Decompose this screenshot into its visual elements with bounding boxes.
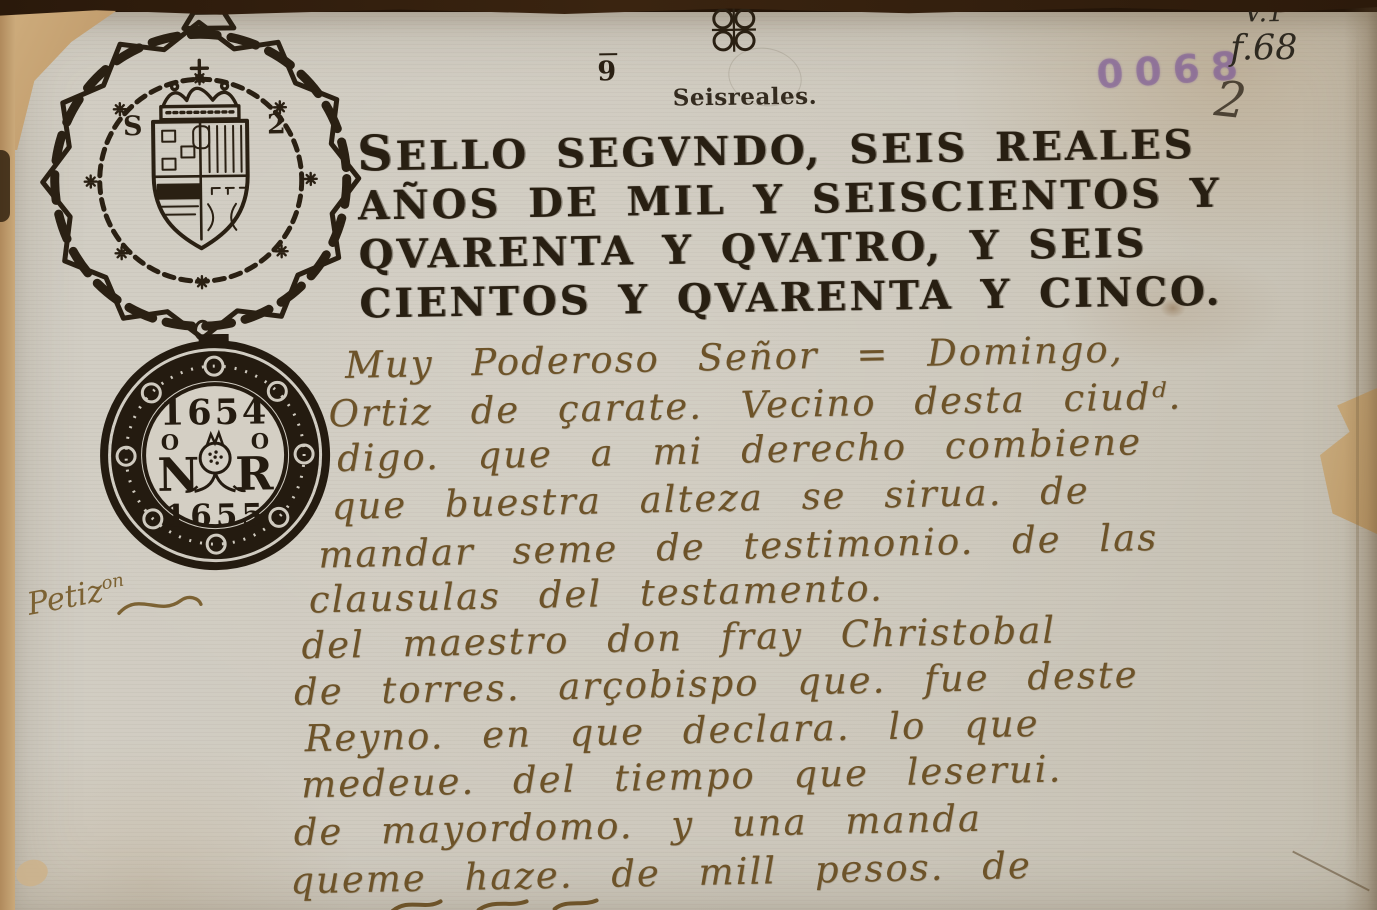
folio-macron — [599, 53, 617, 55]
royal-armorial-seal: S 2 — [34, 6, 370, 354]
margin-note-text: Petiz — [24, 573, 106, 623]
stamp-letter-r: R — [235, 446, 275, 500]
stamp-year-bottom: 1655 — [164, 497, 267, 534]
folio-numeral-text: 9 — [597, 56, 616, 87]
photograph-of-manuscript: S 2 1654 O O N R — [0, 0, 1377, 910]
stamp-letter-n: N — [157, 447, 200, 502]
folio-numeral: 9 — [597, 53, 617, 87]
margin-note-flourish — [115, 588, 205, 623]
habsburg-shield — [153, 121, 249, 249]
tax-value-label: Seisreales. — [673, 83, 818, 112]
quatrefoil-ornament-icon — [708, 5, 761, 54]
manuscript-line: de mayordomo. y una manda — [293, 797, 982, 854]
manuscript-line: queme haze. de mill pesos. de — [290, 844, 1032, 903]
folio-reference: f.68 — [1230, 28, 1298, 69]
seal-numeral-2: 2 — [267, 109, 286, 140]
document-content: S 2 1654 O O N R — [0, 0, 1377, 910]
crown — [160, 60, 239, 120]
margin-note-peticion: Petizon — [24, 569, 128, 623]
year-revalidation-stamp: 1654 O O N R 1655 — [93, 333, 338, 578]
stamp-year-top: 1654 — [160, 391, 270, 433]
seal-letter-s: S — [123, 111, 143, 142]
printed-sello-heading: SELLO SEGVNDO, SEIS REALES AÑOS DE MIL Y… — [357, 116, 1240, 328]
clipped-line-fragment — [387, 895, 607, 910]
